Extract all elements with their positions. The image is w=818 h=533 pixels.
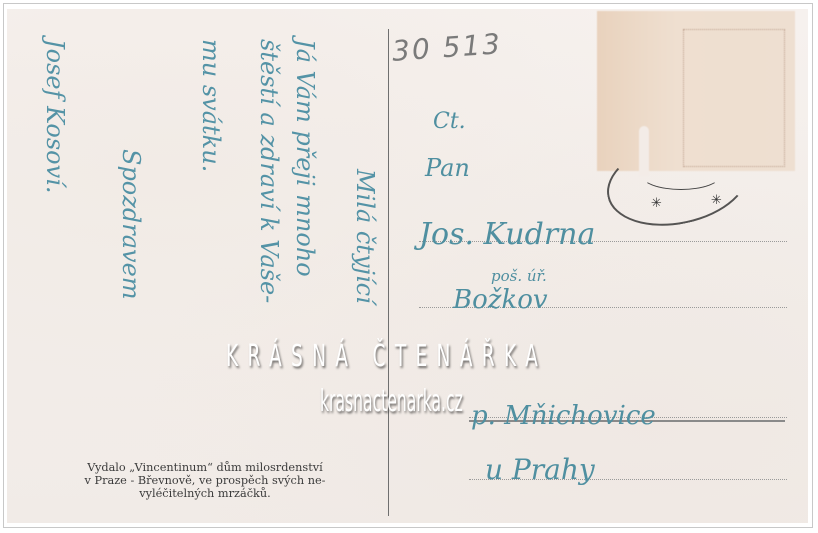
asterisk-icon: ✳ — [711, 193, 722, 208]
publisher-imprint: Vydalo „Vincentinum“ dům milosrdenství v… — [35, 461, 375, 500]
message-address-divider — [388, 29, 389, 516]
address-town: Božkov — [453, 285, 548, 315]
address-region: u Prahy — [485, 453, 595, 486]
address-title: Pan — [425, 154, 470, 182]
address-recipient-name: Jos. Kudrna — [419, 217, 595, 252]
message-line-1: Milá čtyjící — [351, 169, 379, 304]
publisher-line-3: vyléčitelných mrzáčků. — [35, 487, 375, 500]
publisher-line-1: Vydalo „Vincentinum“ dům milosrdenství — [35, 461, 375, 474]
catalog-number: 30 513 — [391, 27, 503, 68]
message-line-4: mu svátku. — [197, 39, 225, 172]
address-salutation: Ct. — [433, 109, 466, 134]
message-line-5: Spozdravem — [117, 149, 145, 300]
message-line-2: Já Vám přeji mnoho — [291, 39, 319, 277]
asterisk-icon: ✳ — [651, 196, 662, 211]
postcard: 30 513 Ct. Pan Jos. Kudrna poš. úř. Božk… — [7, 9, 808, 523]
message-line-3: štěstí a zdraví k Vaše- — [255, 39, 283, 303]
watermark-url: krasnactenarka.cz — [320, 384, 463, 419]
postmark-inner-ring — [640, 158, 722, 190]
address-post: p. Mňichovice — [471, 401, 656, 431]
message-signature: Josef Kosoví. — [41, 39, 69, 193]
watermark-title: KRÁSNÁ ČTENÁŘKA — [226, 339, 547, 374]
address-post-office: poš. úř. — [491, 267, 547, 285]
publisher-line-2: v Praze - Břevnově, ve prospěch svých ne… — [35, 474, 375, 487]
